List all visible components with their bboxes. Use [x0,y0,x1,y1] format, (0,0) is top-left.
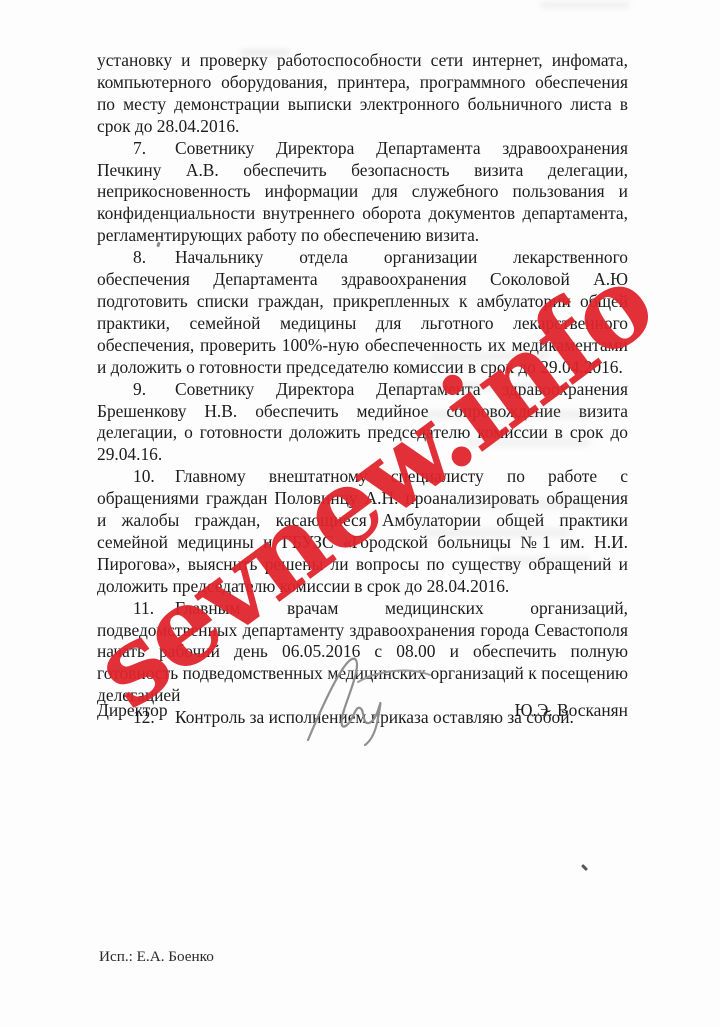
ghost-text-bleed [425,410,590,419]
ghost-text-bleed [395,383,545,392]
ghost-text-bleed [465,438,590,447]
director-title: Директор [97,700,168,721]
ghost-text-bleed [420,528,570,537]
scan-speck [581,864,588,871]
ghost-text-bleed [490,556,590,564]
paragraph-text: Советнику Директора Департамента здравоо… [97,138,628,246]
paragraph-item-9: 9.Советнику Директора Департамента здрав… [97,379,628,467]
executor-note: Исп.: Е.А. Боенко [99,948,214,966]
scanned-document-page: установку и проверку работоспособности с… [0,0,720,1027]
paragraph-continuation: установку и проверку работоспособности с… [97,50,628,138]
scan-smudge [540,2,630,8]
director-name: Ю.Э. Восканян [515,700,628,721]
document-body: установку и проверку работоспособности с… [97,50,628,729]
signature-row: Директор Ю.Э. Восканян [97,700,628,721]
ghost-text-bleed [455,500,595,509]
paragraph-number: 7. [133,138,175,160]
paragraph-number: 8. [133,247,175,269]
paragraph-text: установку и проверку работоспособности с… [97,50,628,136]
paragraph-number: 9. [133,379,175,401]
paragraph-number: 11. [133,598,175,620]
paragraph-number: 10. [133,466,175,488]
handwritten-signature [298,648,440,746]
paragraph-text: Советнику Директора Департамента здравоо… [97,379,628,465]
scan-smudge [240,50,290,55]
paragraph-item-7: 7.Советнику Директора Департамента здрав… [97,138,628,248]
